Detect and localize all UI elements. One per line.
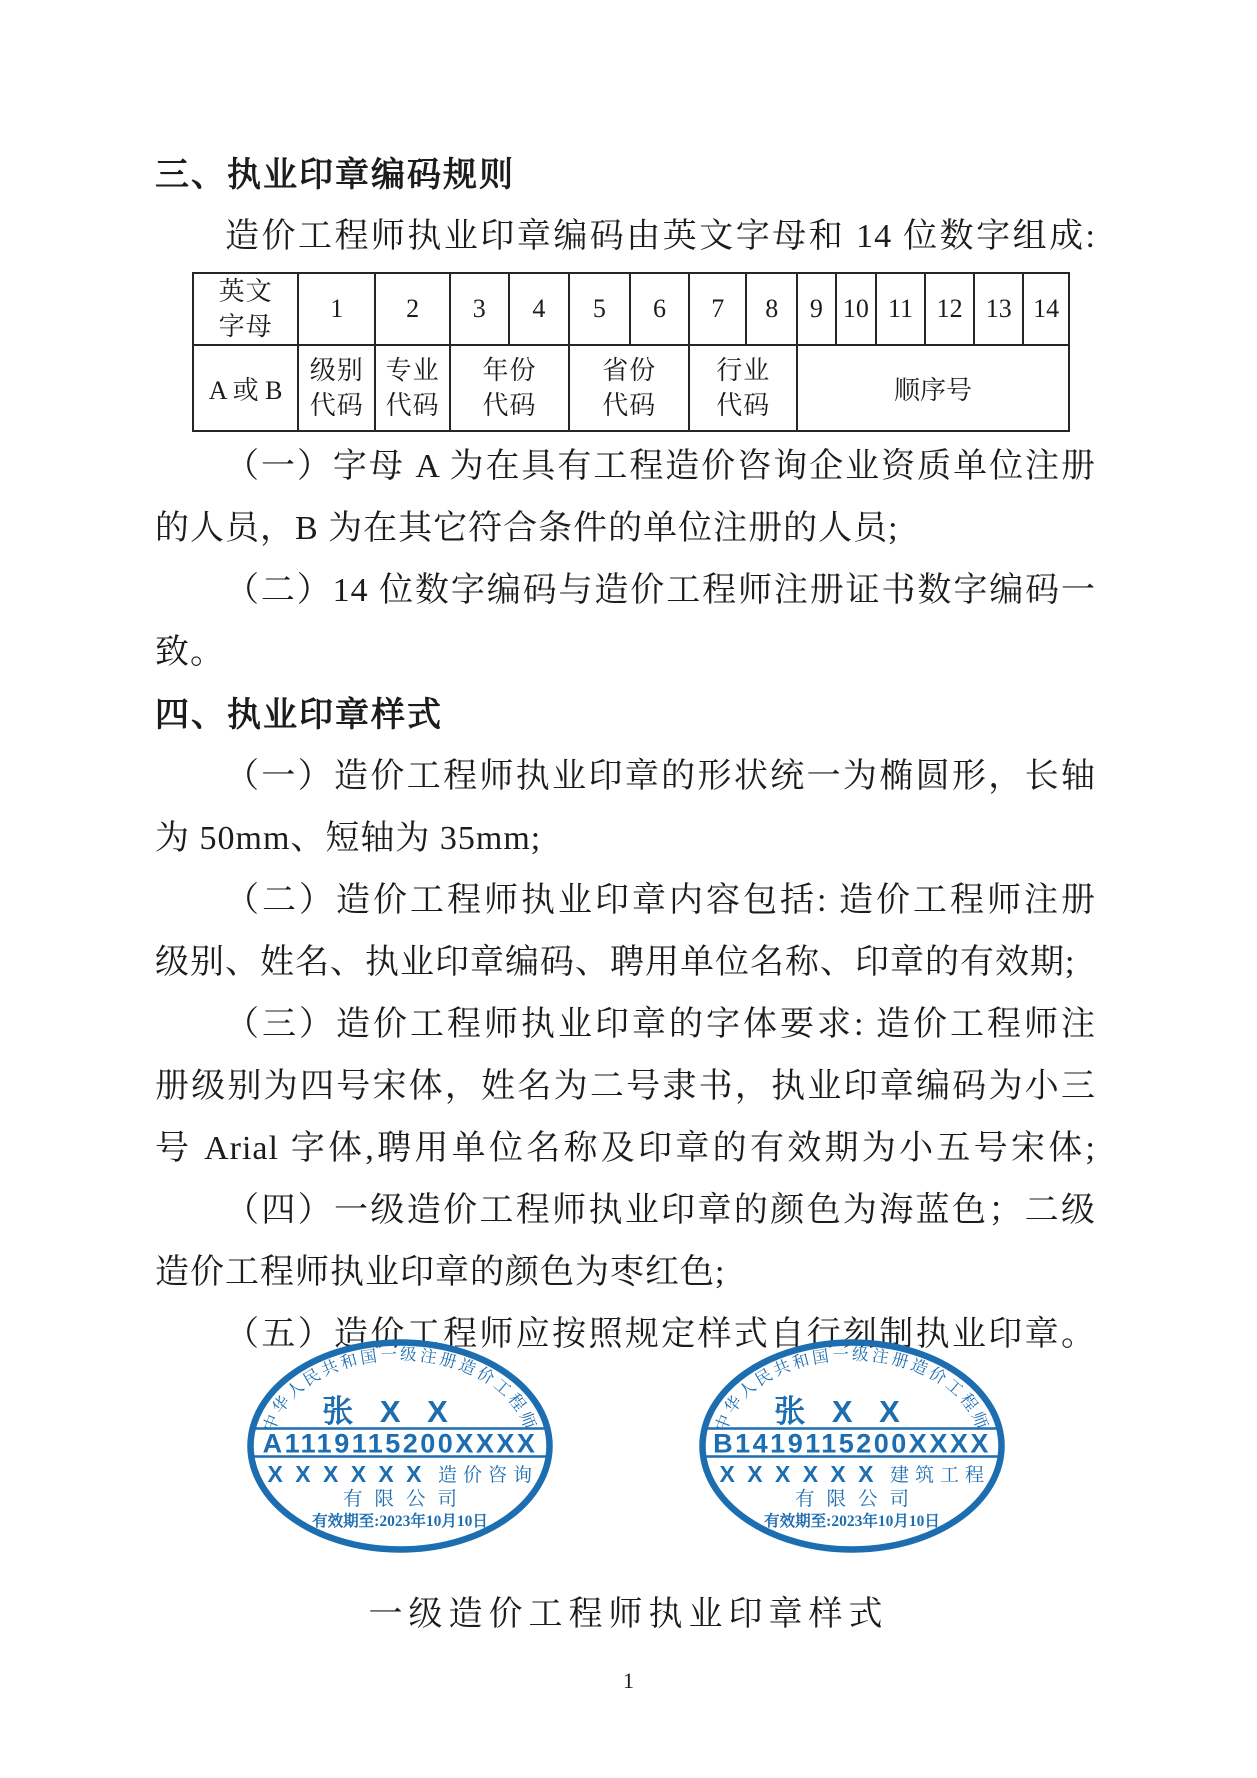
seal-b-graphic: 中华人民共和国一级注册造价工程师 张 X X B1419115200XXXX X… [698, 1338, 1006, 1554]
group-label: 行业代码 [713, 353, 773, 423]
seal-validity: 有效期至:2023年10月10日 [312, 1511, 488, 1530]
digit-cell: 10 [836, 273, 876, 345]
group-cell: 专业代码 [375, 345, 450, 431]
body-line: （一）造价工程师执业印章的形状统一为椭圆形，长轴 [155, 746, 1096, 808]
body-line: 致。 [155, 622, 1096, 684]
group-cell: 年份代码 [450, 345, 569, 431]
seal-name: 张 X X [322, 1394, 450, 1429]
seal-code: A1119115200XXXX [263, 1429, 538, 1459]
seal-samples: 中华人民共和国一级注册造价工程师 张 X X A1119115200XXXX X… [0, 1338, 1257, 1558]
seal-company-x: X X X X X X [268, 1461, 425, 1487]
seal-a-graphic: 中华人民共和国一级注册造价工程师 张 X X A1119115200XXXX X… [246, 1338, 554, 1554]
seal-code: B1419115200XXXX [713, 1429, 991, 1459]
section-three-intro: 造价工程师执业印章编码由英文字母和 14 位数字组成: [155, 206, 1096, 268]
seal-sample-caption: 一级造价工程师执业印章样式 [0, 1586, 1257, 1635]
group-label: 年份代码 [480, 353, 540, 423]
section-three-heading: 三、执业印章编码规则 [155, 144, 1096, 206]
body-line: 造价工程师执业印章的颜色为枣红色; [155, 1242, 1096, 1304]
body-line: 级别、姓名、执业印章编码、聘用单位名称、印章的有效期; [155, 932, 1096, 994]
seal-grade-b: 中华人民共和国一级注册造价工程师 张 X X B1419115200XXXX X… [698, 1338, 1006, 1559]
digit-cell: 11 [876, 273, 925, 345]
group-label: 专业代码 [383, 353, 443, 423]
group-cell-serial: 顺序号 [797, 345, 1069, 431]
seal-code-table: 英文字母 1 2 3 4 5 6 7 8 9 10 11 12 13 14 A … [192, 272, 1070, 432]
seal-company-suffix: 建筑工程 [890, 1464, 990, 1486]
body-line: （三）造价工程师执业印章的字体要求: 造价工程师注 [155, 994, 1096, 1056]
body-line: （二）造价工程师执业印章内容包括: 造价工程师注册 [155, 870, 1096, 932]
body-line: 册级别为四号宋体，姓名为二号隶书，执业印章编码为小三 [155, 1056, 1096, 1118]
group-cell: 级别代码 [298, 345, 375, 431]
body-line: （四）一级造价工程师执业印章的颜色为海蓝色；二级 [155, 1180, 1096, 1242]
page-number: 1 [0, 1668, 1257, 1694]
body-line: （一）字母 A 为在具有工程造价咨询企业资质单位注册 [155, 436, 1096, 498]
digit-cell: 3 [450, 273, 509, 345]
seal-name: 张 X X [774, 1394, 902, 1429]
digit-cell: 14 [1023, 273, 1069, 345]
seal-company-suffix: 造价咨询 [438, 1464, 538, 1486]
seal-company-line2: 有限公司 [343, 1488, 469, 1510]
table-corner-cell: 英文字母 [193, 273, 298, 345]
table-row-digits: 英文字母 1 2 3 4 5 6 7 8 9 10 11 12 13 14 [193, 273, 1069, 345]
seal-validity: 有效期至:2023年10月10日 [764, 1511, 940, 1530]
digit-cell: 8 [746, 273, 797, 345]
digit-cell: 9 [797, 273, 836, 345]
body-line: 号 Arial 字体,聘用单位名称及印章的有效期为小五号宋体; [155, 1118, 1096, 1180]
group-cell: 行业代码 [689, 345, 797, 431]
letter-cell: A 或 B [193, 345, 298, 431]
seal-grade-a: 中华人民共和国一级注册造价工程师 张 X X A1119115200XXXX X… [246, 1338, 554, 1559]
digit-cell: 6 [630, 273, 690, 345]
group-label: 省份代码 [599, 353, 659, 423]
digit-cell: 13 [974, 273, 1023, 345]
seal-company-x: X X X X X X [720, 1461, 877, 1487]
body-line: 为 50mm、短轴为 35mm; [155, 808, 1096, 870]
digit-cell: 12 [925, 273, 974, 345]
section-four-heading: 四、执业印章样式 [155, 684, 1096, 746]
table-row-meanings: A 或 B 级别代码 专业代码 年份代码 省份代码 行业代码 顺序号 [193, 345, 1069, 431]
body-line: （二）14 位数字编码与造价工程师注册证书数字编码一 [155, 560, 1096, 622]
group-cell: 省份代码 [569, 345, 689, 431]
digit-cell: 4 [509, 273, 570, 345]
body-line: 的人员，B 为在其它符合条件的单位注册的人员; [155, 498, 1096, 560]
digit-cell: 5 [569, 273, 630, 345]
corner-label: 英文字母 [216, 274, 276, 344]
digit-cell: 2 [375, 273, 450, 345]
group-label: 级别代码 [307, 353, 367, 423]
digit-cell: 7 [689, 273, 746, 345]
seal-company-line2: 有限公司 [795, 1488, 921, 1510]
digit-cell: 1 [298, 273, 375, 345]
document-body: 三、执业印章编码规则 造价工程师执业印章编码由英文字母和 14 位数字组成: 英… [155, 144, 1096, 1366]
